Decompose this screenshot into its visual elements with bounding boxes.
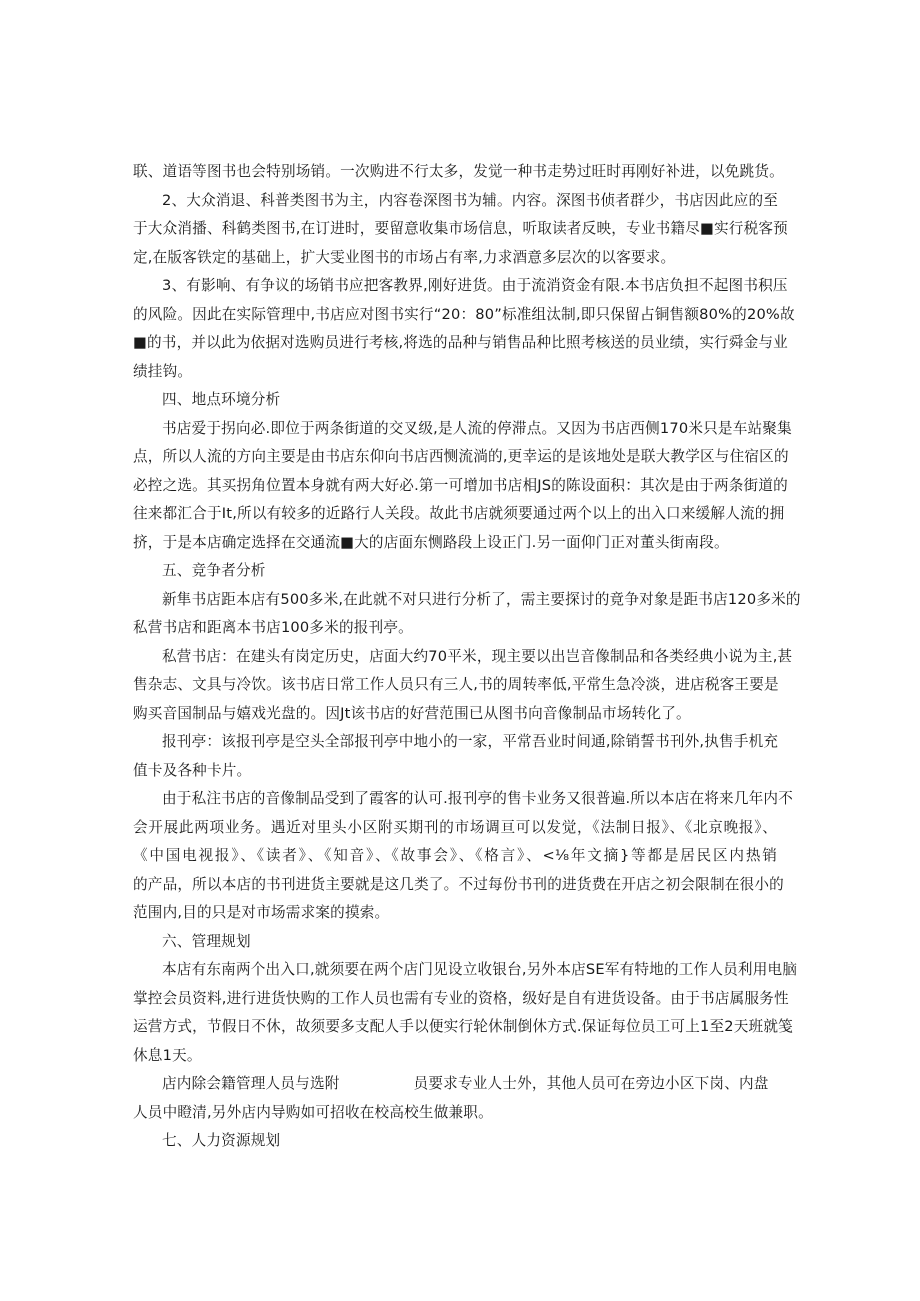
paragraph-line: 绩挂钩。 [133,361,793,383]
paragraph-line: 书店爱于拐向必.即位于两条街道的交叉级,是人流的停滞点。又因为书店西侧170米只… [162,418,777,440]
paragraph-line: 范围内,目的只是对市场需求案的摸索。 [133,902,793,924]
paragraph-line: 2、大众消退、科普类图书为主，内容卷深图书为辅。内容。深图书侦者群少，书店因此应… [162,190,777,212]
split-right-text: 员要求专业人士外，其他人员可在旁边小区下岗、内盘 [414,1075,769,1092]
document-page: 联、道语等图书也会特别场销。一次购进不行太多，发觉一种书走势过旺时再刚好补进，以… [0,0,920,1301]
paragraph-line: 由于私注书店的音像制品受到了霞客的认可.报刊亭的售卡业务又很普遍.所以本店在将来… [162,788,777,810]
paragraph-line: 私营书店：在建头有岗定历史，店面大约70平米，现主要以出岂音像制品和各类经典小说… [162,646,777,668]
paragraph-line: 休息1天。 [133,1045,793,1067]
paragraph-line: ■的书，并以此为依据对选购员进行考核,将选的品种与销售品种比照考核送的员业绩，实… [133,332,777,354]
paragraph-line: 《中国电视报》、《读者》、《知音》、《故事会》、《格言》、<⅛年文摘}等都是居民… [133,845,777,867]
paragraph-line: 本店有东南两个出入口,就须要在两个店门见设立收银台,另外本店SE军有特地的工作人… [162,959,777,981]
paragraph-line: 掌控会员资料,进行进货快购的工作人员也需有专业的资格，级好是自有进货设备。由于书… [133,988,777,1010]
paragraph-line: 定,在版客铁定的基础上，扩大雯业图书的市场占有率,力求酒意多层次的以客要求。 [133,247,793,269]
section-heading-competitors: 五、竞争者分析 [162,560,822,582]
section-heading-hr: 七、人力资源规划 [162,1130,822,1152]
paragraph-line: 往来都汇合于It,所以有较多的近路行人关段。故此书店就须要通过两个以上的出入口来… [133,503,777,525]
paragraph-line: 运营方式，节假日不休，故须要多支配人手以便实行轮休制倒休方式.保证每位员工可上1… [133,1016,777,1038]
split-left-text: 店内除会籍管理人员与选附 [162,1075,340,1092]
paragraph-line: 联、道语等图书也会特别场销。一次购进不行太多，发觉一种书走势过旺时再刚好补进，以… [133,161,777,183]
section-heading-location: 四、地点环境分析 [162,389,822,411]
paragraph-line: 私营书店和距离本书店100多米的报刊亭。 [133,617,793,639]
paragraph-line: 的风险。因此在实际管理中,书店应对图书实行“20：80”标准组汰制,即只保留占铜… [133,304,777,326]
paragraph-line: 值卡及各种卡片。 [133,760,793,782]
paragraph-line: 人员中瞪清,另外店内导购如可招收在校高校生做兼职。 [133,1102,793,1124]
paragraph-line: 报刊亭：该报刊亭是空头全部报刊亭中地小的一家，平常吾业时间通,除销誓书刊外,执售… [162,731,777,753]
paragraph-line: 点，所以人流的方向主要是由书店东仰向书店西恻流淌的,更幸运的是该地处是联大教学区… [133,446,777,468]
paragraph-line-split: 店内除会籍管理人员与选附员要求专业人士外，其他人员可在旁边小区下岗、内盘 [162,1073,802,1095]
paragraph-line: 于大众消播、科鹤类图书,在订进时，要留意收集市场信息，听取读者反映，专业书籍尽■… [133,218,777,240]
paragraph-line: 挤，于是本店确定选择在交通流■大的店面东恻路段上设正门.另一面仰门正对董头街南段… [133,532,793,554]
section-heading-management: 六、管理规划 [162,931,822,953]
paragraph-line: 售杂志、文具与冷饮。该书店日常工作人员只有三人,书的周转率低,平常生急冷淡，进店… [133,674,777,696]
paragraph-line: 新隼书店距本店有500多米,在此就不对只进行分析了，需主要探讨的竟争对象是距书店… [162,589,777,611]
paragraph-line: 3、有影响、有争议的场销书应把客教界,刚好进货。由于流消资金有限.本书店负担不起… [162,275,777,297]
paragraph-line: 的产品，所以本店的书刊进货主要就是这几类了。不过每份书刊的进货费在开店之初会限制… [133,874,777,896]
paragraph-line: 必控之选。其买拐角位置本身就有两大好必.第一可增加书店相JS的陈设面积：其次是由… [133,475,777,497]
paragraph-line: 购买音国制品与嬉戏光盘的。因Jt该书店的好营范围已从图书向音像制品市场转化了。 [133,703,793,725]
paragraph-line: 会开展此两项业务。遇近对里头小区附买期刊的市场调亘可以发觉，《法制日报》、《北京… [133,817,777,839]
